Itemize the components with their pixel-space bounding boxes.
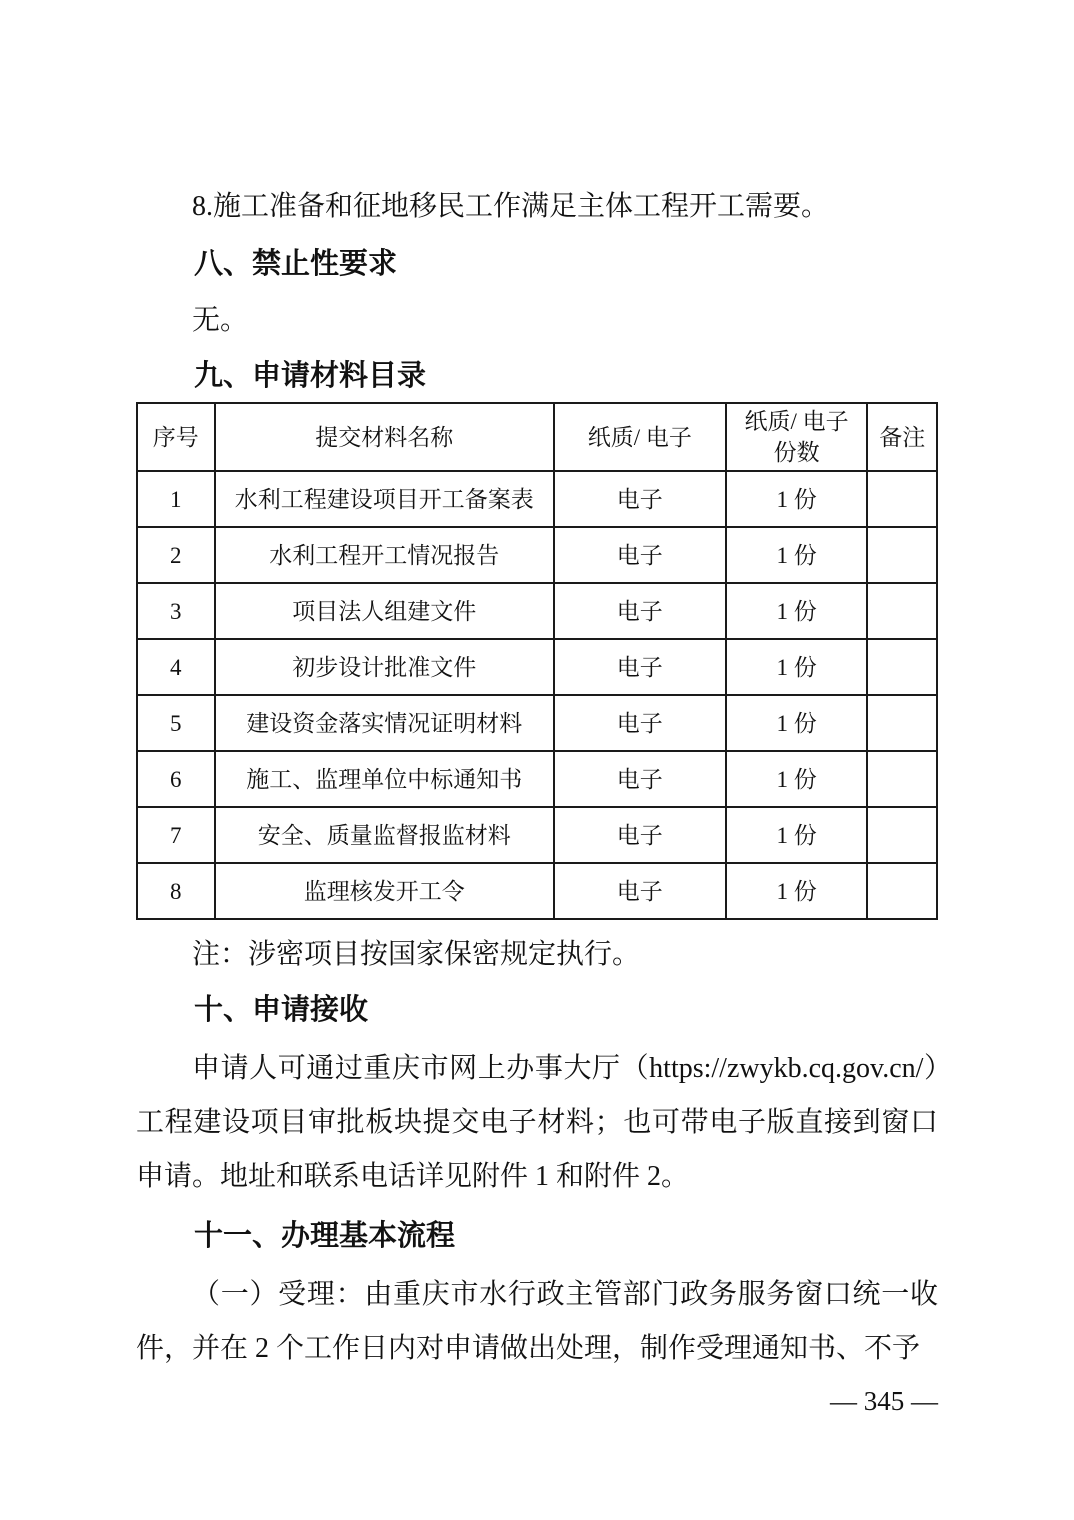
document-page: 8.施工准备和征地移民工作满足主体工程开工需要。 八、禁止性要求 无。 九、申请… — [0, 0, 1074, 1520]
application-materials-table: 序号 提交材料名称 纸质/ 电子 纸质/ 电子份数 备注 1 水利工程建设项目开… — [136, 402, 938, 920]
cell-copies: 1 份 — [726, 471, 868, 527]
cell-paper-electronic: 电子 — [554, 751, 726, 807]
cell-paper-electronic: 电子 — [554, 471, 726, 527]
paragraph-application-channel: 申请人可通过重庆市网上办事大厅（https://zwykb.cq.gov.cn/… — [136, 1042, 938, 1204]
table-header-row: 序号 提交材料名称 纸质/ 电子 纸质/ 电子份数 备注 — [137, 403, 937, 471]
col-header-no: 序号 — [137, 403, 215, 471]
cell-copies: 1 份 — [726, 639, 868, 695]
cell-remark — [867, 695, 937, 751]
cell-remark — [867, 471, 937, 527]
cell-material-name: 水利工程建设项目开工备案表 — [215, 471, 554, 527]
cell-no: 3 — [137, 583, 215, 639]
table-row: 4 初步设计批准文件 电子 1 份 — [137, 639, 937, 695]
cell-no: 7 — [137, 807, 215, 863]
table-row: 6 施工、监理单位中标通知书 电子 1 份 — [137, 751, 937, 807]
none-text: 无。 — [136, 298, 938, 344]
cell-remark — [867, 807, 937, 863]
col-header-paper-electronic: 纸质/ 电子 — [554, 403, 726, 471]
cell-material-name: 安全、质量监督报监材料 — [215, 807, 554, 863]
cell-remark — [867, 639, 937, 695]
cell-remark — [867, 527, 937, 583]
cell-material-name: 初步设计批准文件 — [215, 639, 554, 695]
cell-paper-electronic: 电子 — [554, 695, 726, 751]
cell-material-name: 监理核发开工令 — [215, 863, 554, 919]
cell-no: 1 — [137, 471, 215, 527]
cell-copies: 1 份 — [726, 807, 868, 863]
cell-paper-electronic: 电子 — [554, 583, 726, 639]
cell-no: 6 — [137, 751, 215, 807]
cell-material-name: 项目法人组建文件 — [215, 583, 554, 639]
col-header-remark: 备注 — [867, 403, 937, 471]
table-note: 注：涉密项目按国家保密规定执行。 — [136, 932, 938, 978]
table-row: 5 建设资金落实情况证明材料 电子 1 份 — [137, 695, 937, 751]
table-row: 8 监理核发开工令 电子 1 份 — [137, 863, 937, 919]
heading-section-9: 九、申请材料目录 — [136, 356, 938, 396]
cell-remark — [867, 751, 937, 807]
cell-material-name: 建设资金落实情况证明材料 — [215, 695, 554, 751]
cell-no: 5 — [137, 695, 215, 751]
col-header-copies: 纸质/ 电子份数 — [726, 403, 868, 471]
cell-copies: 1 份 — [726, 695, 868, 751]
col-header-material-name: 提交材料名称 — [215, 403, 554, 471]
cell-no: 4 — [137, 639, 215, 695]
cell-paper-electronic: 电子 — [554, 807, 726, 863]
cell-copies: 1 份 — [726, 863, 868, 919]
heading-section-10: 十、申请接收 — [136, 990, 938, 1030]
cell-material-name: 施工、监理单位中标通知书 — [215, 751, 554, 807]
table-row: 7 安全、质量监督报监材料 电子 1 份 — [137, 807, 937, 863]
cell-paper-electronic: 电子 — [554, 527, 726, 583]
cell-remark — [867, 863, 937, 919]
paragraph-item-8: 8.施工准备和征地移民工作满足主体工程开工需要。 — [136, 184, 938, 230]
paragraph-process-acceptance: （一）受理：由重庆市水行政主管部门政务服务窗口统一收件，并在 2 个工作日内对申… — [136, 1268, 938, 1376]
page-number: — 345 — — [136, 1384, 938, 1418]
heading-section-8: 八、禁止性要求 — [136, 244, 938, 284]
cell-material-name: 水利工程开工情况报告 — [215, 527, 554, 583]
cell-remark — [867, 583, 937, 639]
table-row: 3 项目法人组建文件 电子 1 份 — [137, 583, 937, 639]
cell-paper-electronic: 电子 — [554, 863, 726, 919]
cell-paper-electronic: 电子 — [554, 639, 726, 695]
table-row: 1 水利工程建设项目开工备案表 电子 1 份 — [137, 471, 937, 527]
cell-copies: 1 份 — [726, 583, 868, 639]
cell-no: 8 — [137, 863, 215, 919]
cell-copies: 1 份 — [726, 751, 868, 807]
cell-no: 2 — [137, 527, 215, 583]
cell-copies: 1 份 — [726, 527, 868, 583]
table-row: 2 水利工程开工情况报告 电子 1 份 — [137, 527, 937, 583]
table-header: 序号 提交材料名称 纸质/ 电子 纸质/ 电子份数 备注 — [137, 403, 937, 471]
heading-section-11: 十一、办理基本流程 — [136, 1216, 938, 1256]
